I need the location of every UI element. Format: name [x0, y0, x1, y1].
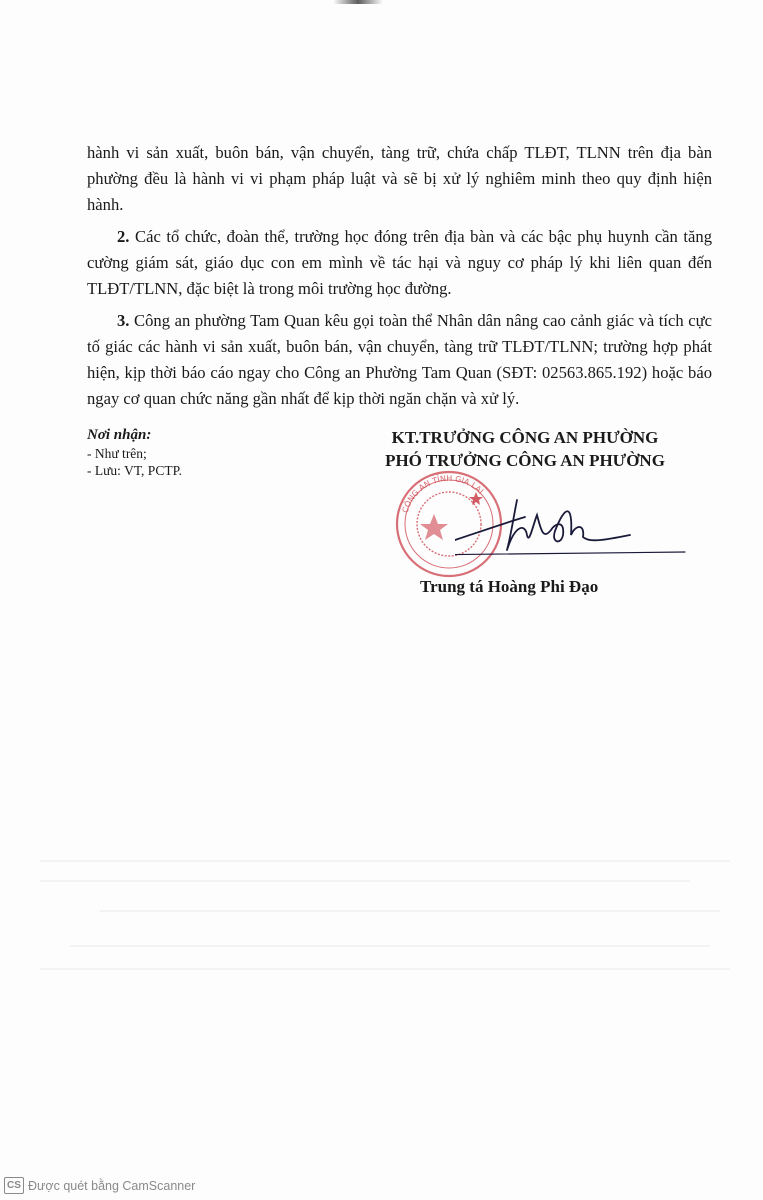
document-body: hành vi sản xuất, buôn bán, vận chuyển, …: [87, 140, 712, 418]
paragraph-number: 3.: [117, 311, 129, 330]
bleed-through-line: [40, 880, 690, 882]
recipient-item: - Lưu: VT, PCTP.: [87, 462, 182, 479]
handwritten-signature-icon: [455, 495, 695, 565]
paragraph-2: 2. Các tổ chức, đoàn thể, trường học đón…: [87, 224, 712, 302]
bleed-through-line: [40, 968, 730, 970]
recipient-item: - Như trên;: [87, 445, 182, 462]
paragraph-number: 2.: [117, 227, 129, 246]
camscanner-watermark: CS Được quét bằng CamScanner: [4, 1177, 195, 1194]
paragraph-3: 3. Công an phường Tam Quan kêu gọi toàn …: [87, 308, 712, 412]
camscanner-icon: CS: [4, 1177, 24, 1194]
signatory-name: Trung tá Hoàng Phi Đạo: [420, 577, 598, 597]
watermark-text: Được quét bằng CamScanner: [28, 1179, 195, 1193]
bleed-through-line: [70, 945, 710, 947]
scan-edge-mark: [333, 0, 383, 4]
bleed-through-line: [100, 910, 720, 912]
recipients-block: Nơi nhận: - Như trên; - Lưu: VT, PCTP.: [87, 427, 182, 479]
bleed-through-line: [40, 860, 730, 862]
paragraph-1-continuation: hành vi sản xuất, buôn bán, vận chuyển, …: [87, 140, 712, 218]
recipients-title: Nơi nhận:: [87, 427, 182, 444]
